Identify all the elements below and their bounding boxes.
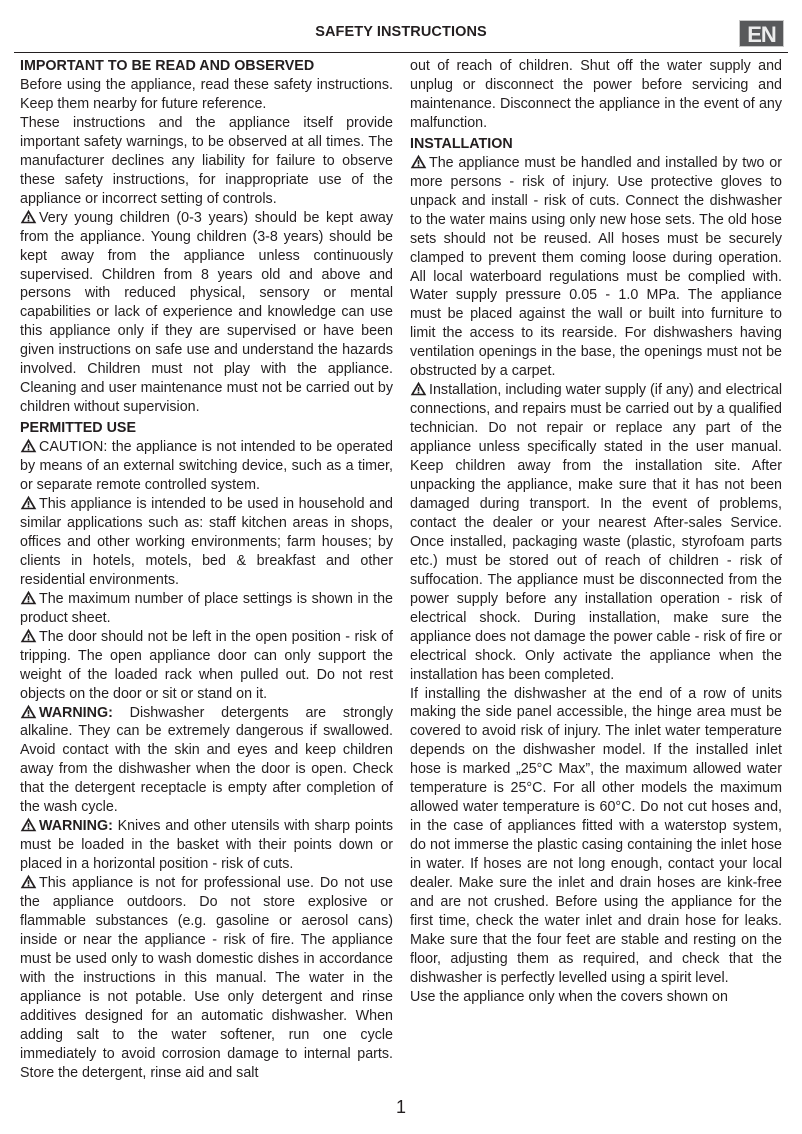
warning-paragraph: WARNING: Dishwasher detergents are stron… [20, 704, 393, 818]
warning-triangle-icon [20, 628, 37, 643]
warning-paragraph: The maximum number of place settings is … [20, 590, 393, 628]
warning-triangle-icon [410, 381, 427, 396]
warning-triangle-icon [20, 704, 37, 719]
warning-paragraph: The door should not be left in the open … [20, 628, 393, 704]
warning-triangle-icon [20, 817, 37, 832]
warning-paragraph: This appliance is not for professional u… [20, 874, 393, 1082]
warning-paragraph: The appliance must be handled and instal… [410, 154, 782, 381]
page-number: 1 [0, 1097, 802, 1118]
warning-triangle-icon [20, 438, 37, 453]
warning-paragraph: WARNING: Knives and other utensils with … [20, 817, 393, 874]
warning-triangle-icon [20, 495, 37, 510]
page-title: SAFETY INSTRUCTIONS [0, 24, 802, 40]
warning-triangle-icon [20, 874, 37, 889]
paragraph: Before using the appliance, read these s… [20, 76, 393, 114]
warning-triangle-icon [20, 209, 37, 224]
paragraph: These instructions and the appliance its… [20, 114, 393, 209]
right-column: out of reach of children. Shut off the w… [410, 57, 782, 1007]
section-heading-important: IMPORTANT TO BE READ AND OBSERVED [20, 57, 393, 76]
warning-label: WARNING: [39, 705, 113, 721]
continuation-paragraph: out of reach of children. Shut off the w… [410, 57, 782, 133]
warning-paragraph: Very young children (0-3 years) should b… [20, 209, 393, 417]
header-divider [14, 52, 788, 53]
warning-triangle-icon [20, 590, 37, 605]
paragraph: If installing the dishwasher at the end … [410, 685, 782, 988]
section-heading-permitted-use: PERMITTED USE [20, 417, 393, 438]
language-badge: EN [739, 20, 784, 47]
section-heading-installation: INSTALLATION [410, 133, 782, 154]
warning-paragraph: CAUTION: the appliance is not intended t… [20, 438, 393, 495]
left-column: IMPORTANT TO BE READ AND OBSERVED Before… [20, 57, 393, 1083]
warning-label: WARNING: [39, 818, 113, 834]
warning-paragraph: This appliance is intended to be used in… [20, 495, 393, 590]
paragraph: Use the appliance only when the covers s… [410, 988, 782, 1007]
warning-paragraph: Installation, including water supply (if… [410, 381, 782, 684]
warning-triangle-icon [410, 154, 427, 169]
